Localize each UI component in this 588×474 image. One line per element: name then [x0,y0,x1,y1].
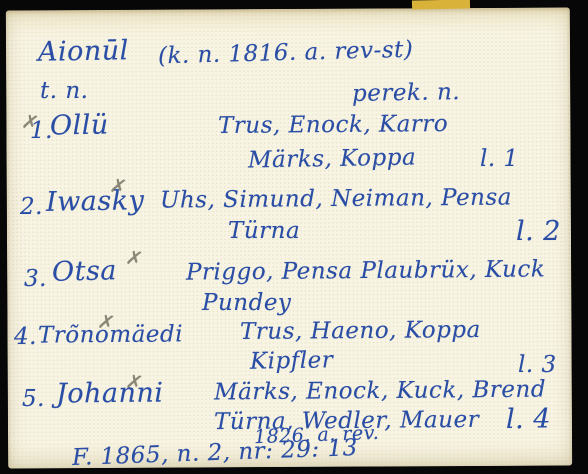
page-reference: l. 3 [518,352,557,378]
page-reference: l. 2 [516,216,561,247]
page-reference: l. 4 [506,404,551,435]
farm-name: Johanni [56,378,164,410]
column-family-label: perek. n. [352,79,461,107]
farm-name: Otsa [52,255,118,288]
row-number: 4. [14,324,37,350]
page-reference: l. 1 [480,146,519,172]
farm-name: Iwasky [46,185,145,218]
column-farm-label: t. n. [40,78,89,104]
next-card-edge [412,0,470,10]
farm-name: Ollü [50,109,109,141]
family-names-line1: Trus, Haeno, Koppa [240,317,481,345]
family-names-line1: Priggo, Pensa Plaubrüx, Kuck [186,256,545,285]
scanned-card-image: Aionūl (k. n. 1816. a. rev-st) t. n. per… [0,0,588,474]
farm-name: Trõnomäedi [38,321,183,348]
family-names-line2: Kipfler [250,347,334,374]
family-names-line2: Türna [228,218,300,244]
village-name: Aionūl [38,35,129,68]
row-number: 2. [20,194,43,220]
family-names-line2: Pundey [202,290,291,316]
family-names-line1: Märks, Enock, Kuck, Brend [214,377,546,406]
family-names-line1: Trus, Enock, Karro [218,111,448,139]
family-names-line2: Märks, Koppa [248,145,417,174]
row-number: 5. [22,386,45,412]
row-number: 3. [24,266,47,292]
family-names-line1: Uhs, Simund, Neiman, Pensa [160,184,512,213]
